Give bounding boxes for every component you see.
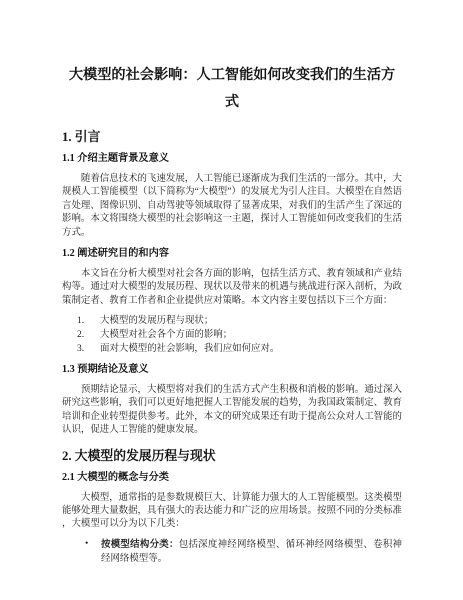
list-item-number: 2. (77, 329, 100, 343)
document-page: 大模型的社会影响：人工智能如何改变我们的生活方式 1. 引言 1.1 介绍主题背… (0, 0, 463, 600)
bullet-item: •按模型结构分类：包括深度神经网络模型、循环神经网络模型、卷积神经网络模型等。 (62, 539, 402, 567)
list-item-text: 大模型的发展历程与现状； (100, 315, 402, 329)
bullet-item-label: 按模型结构分类： (101, 540, 179, 550)
section-1-heading: 1. 引言 (62, 129, 402, 145)
numbered-list: 1. 大模型的发展历程与现状； 2. 大模型对社会各个方面的影响； 3. 面对大… (62, 315, 402, 357)
list-item: 3. 面对大模型的社会影响，我们应如何应对。 (62, 343, 402, 357)
section-2-1-paragraph: 大模型，通常指的是参数规模巨大、计算能力强大的人工智能模型。这类模型能够处理大量… (62, 492, 402, 532)
section-2-1-heading: 2.1 大模型的概念与分类 (62, 471, 402, 484)
section-1-2-heading: 1.2 阐述研究目的和内容 (62, 247, 402, 260)
section-1-1-paragraph: 随着信息技术的飞速发展，人工智能已逐渐成为我们生活的一部分。其中，大规模人工智能… (62, 173, 402, 240)
list-item-number: 3. (77, 343, 100, 357)
list-item-number: 1. (77, 315, 100, 329)
list-item-text: 大模型对社会各个方面的影响； (100, 329, 402, 343)
list-item: 1. 大模型的发展历程与现状； (62, 315, 402, 329)
document-title: 大模型的社会影响：人工智能如何改变我们的生活方式 (62, 62, 402, 116)
section-1-3-heading: 1.3 预期结论及意义 (62, 363, 402, 376)
bullet-icon: • (85, 538, 88, 552)
list-item-text: 面对大模型的社会影响，我们应如何应对。 (100, 343, 402, 357)
section-1-2-paragraph: 本文旨在分析大模型对社会各方面的影响，包括生活方式、教育领域和产业结构等。通过对… (62, 268, 402, 308)
section-2-heading: 2. 大模型的发展历程与现状 (62, 448, 402, 464)
section-1-3-paragraph: 预期结论显示，大模型将对我们的生活方式产生积极和消极的影响。通过深入研究这些影响… (62, 384, 402, 438)
section-1-1-heading: 1.1 介绍主题背景及意义 (62, 152, 402, 165)
list-item: 2. 大模型对社会各个方面的影响； (62, 329, 402, 343)
